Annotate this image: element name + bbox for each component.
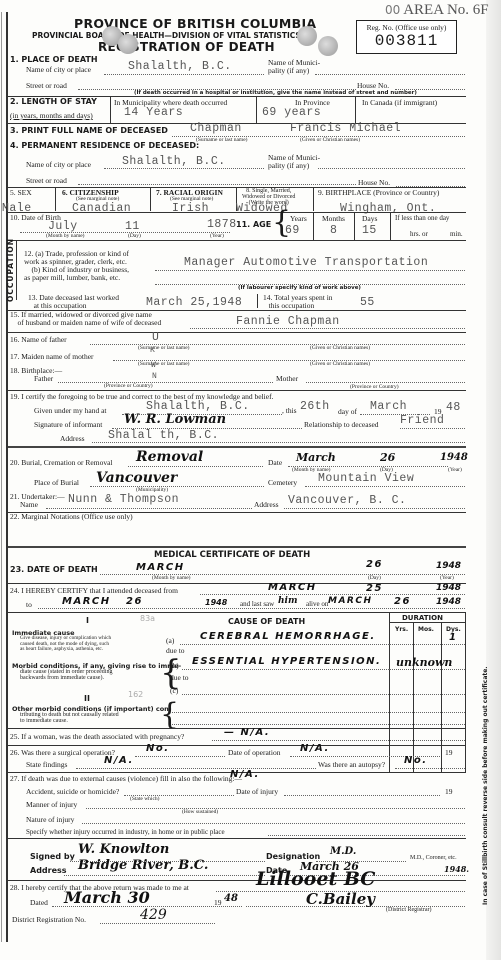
- dod-label: 23. DATE OF DEATH: [10, 565, 98, 574]
- s2-title: 2. LENGTH OF STAY: [10, 97, 97, 106]
- underline: [400, 428, 465, 429]
- alive-month: MARCH: [328, 596, 373, 606]
- external-causes-question: 27. If death was due to external causes …: [10, 774, 242, 783]
- dated-value: March 30: [64, 888, 150, 907]
- underline: [86, 808, 465, 809]
- s2-sub: (in years, months and days): [10, 111, 93, 120]
- cemetery-value: Mountain View: [318, 472, 414, 485]
- underline: [128, 466, 263, 467]
- underline: [64, 875, 265, 876]
- divider: [389, 622, 465, 623]
- divider: [256, 97, 257, 123]
- informant-signature: W. R. Lowman: [124, 412, 226, 427]
- underline: [395, 768, 465, 769]
- divider: [355, 97, 356, 123]
- underline: [212, 740, 465, 741]
- mother-given-label: (Given or Christian names): [310, 361, 370, 367]
- brace: {: [160, 700, 179, 730]
- dated-label: Dated: [30, 898, 48, 907]
- underline: [78, 184, 356, 185]
- burial-year-label: (Year): [448, 467, 462, 473]
- dod-day: 26: [366, 559, 383, 570]
- area-mark: 00: [385, 3, 400, 17]
- divider: [313, 187, 314, 211]
- divider: [55, 187, 56, 211]
- divider: [8, 240, 466, 241]
- other-conditions-desc: tributing to death but not causally rela…: [20, 712, 119, 724]
- divider: [8, 546, 466, 548]
- underline: [90, 486, 264, 487]
- autopsy-value: No.: [404, 755, 428, 766]
- age-years: 69: [285, 224, 300, 237]
- form-subtitle: PROVINCIAL BOARD OF HEALTH—DIVISION OF V…: [32, 31, 301, 40]
- punch-hole: [297, 26, 317, 46]
- underline: [200, 594, 465, 595]
- accident-label: Accident, suicide or homicide?: [26, 787, 119, 796]
- divider: [354, 212, 355, 240]
- birthplace-label: 9. BIRTHPLACE (Province or Country): [318, 188, 439, 197]
- s4-street-label: Street or road: [26, 176, 67, 185]
- burial-date-year: 1948: [440, 452, 468, 463]
- divider: [389, 612, 390, 772]
- yrs-label: Yrs.: [395, 626, 408, 633]
- dob-month-label: (Month by name): [46, 233, 85, 239]
- burial-date-month: March: [296, 451, 336, 464]
- specify-label: Specify whether injury occurred in indus…: [26, 828, 225, 836]
- stay-municipality: 14 Years: [124, 106, 183, 119]
- punch-hole: [318, 36, 338, 56]
- father-bp-label: Father: [34, 374, 53, 383]
- attended-from-day: 25: [366, 583, 383, 594]
- occupation-value: Manager Automotive Transportation: [184, 256, 428, 269]
- s1-title: 1. PLACE OF DEATH: [10, 55, 98, 64]
- manner-label: Manner of injury: [26, 800, 77, 809]
- pencil-note-162: 162: [128, 690, 143, 699]
- injury-date-label: Date of injury: [236, 787, 278, 796]
- divider: [8, 446, 466, 448]
- medical-certificate-title: MEDICAL CERTIFICATE OF DEATH: [154, 550, 310, 560]
- undertaker-name: Nunn & Thompson: [68, 493, 179, 506]
- underline: [305, 486, 465, 487]
- deceased-given-names: Francis Michael: [290, 122, 401, 135]
- cause-b-value: ESSENTIAL HYPERTENSION.: [192, 656, 381, 667]
- divider: [8, 390, 466, 391]
- signed-by-label: Signed by: [30, 852, 75, 861]
- year-prefix: 19: [445, 787, 453, 796]
- attended-to-day: 26: [126, 596, 143, 607]
- divider: [313, 212, 314, 240]
- underline: [172, 724, 465, 725]
- sex-label: 5. SEX: [10, 188, 32, 197]
- father-surname-label: (Surname or last name): [138, 345, 189, 351]
- physician-address-label: Address: [30, 866, 67, 875]
- underline: [180, 644, 389, 645]
- operation-date-label: Date of operation: [228, 748, 280, 757]
- divider: [110, 97, 111, 123]
- dayof-label: day of: [338, 407, 357, 416]
- findings-value: N/A.: [104, 755, 134, 766]
- undertaker-name-label: Name: [20, 500, 38, 509]
- state-which-label: (State which): [130, 796, 159, 802]
- district-reg-label: District Registration No.: [12, 915, 86, 924]
- divider: [8, 612, 466, 613]
- left-edge: [1, 12, 2, 942]
- s4-title: 4. PERMANENT RESIDENCE OF DECEASED:: [10, 141, 199, 150]
- underline: [284, 508, 465, 509]
- dod-month: MARCH: [136, 562, 185, 573]
- year-prefix: 19: [214, 898, 222, 907]
- underline: [104, 74, 264, 75]
- residence-city: Shalalth, B.C.: [122, 155, 226, 168]
- spouse-name: Fannie Chapman: [236, 315, 340, 328]
- age-years-label: Years: [290, 214, 307, 223]
- signature-year: 1948.: [444, 864, 469, 874]
- age-days: 15: [362, 224, 377, 237]
- mother-surname-label: (Surname or last name): [138, 361, 189, 367]
- due-to-label: due to: [170, 673, 189, 682]
- underline: [268, 835, 465, 836]
- designation-value: M.D.: [330, 846, 356, 857]
- s1-house-label: House No.: [357, 81, 389, 90]
- citizenship-value: Canadian: [72, 202, 131, 215]
- dob-year: 1878: [207, 218, 237, 231]
- underline: [92, 442, 465, 443]
- hrs-label: hrs. or: [410, 230, 428, 238]
- informant-address-label: Address: [60, 434, 85, 443]
- mother-name: K: [150, 346, 155, 355]
- burial-date-label: Date: [268, 458, 282, 467]
- underline: [306, 382, 465, 383]
- year-prefix: 19: [445, 748, 453, 757]
- place-of-burial-label: Place of Burial: [34, 478, 79, 487]
- given-hand-label: Given under my hand at: [34, 406, 106, 415]
- racial-origin-value: Irish: [172, 202, 209, 215]
- divider: [8, 212, 466, 213]
- divider: [390, 212, 391, 240]
- underline: [190, 328, 465, 329]
- underline: [76, 768, 316, 769]
- father-province-label: (Province or Country): [104, 383, 153, 389]
- physician-address: Bridge River, B.C.: [78, 858, 208, 873]
- underline: [182, 669, 389, 670]
- cause-a-label: (a): [166, 636, 174, 645]
- pregnancy-question: 25. If a woman, was the death associated…: [10, 732, 184, 741]
- registrar-label: (District Registrar): [386, 907, 432, 913]
- cause-c-label: (c): [170, 686, 178, 695]
- relationship-value: Friend: [400, 414, 444, 427]
- relationship-label: Relationship to deceased: [304, 420, 379, 429]
- s4-city-label: Name of city or place: [26, 160, 91, 169]
- less-than-day-label: If less than one day: [395, 214, 449, 222]
- last-worked-label: 13. Date deceased last worked at this oc…: [28, 294, 119, 310]
- nature-label: Nature of injury: [26, 815, 74, 824]
- underline: [135, 756, 225, 757]
- stillbirth-margin-note: In case of Stillbirth consult reverse si…: [482, 666, 489, 905]
- registration-place: Lillooet BC: [256, 868, 375, 890]
- divider: [8, 838, 466, 839]
- s15-label: 15. If married, widowed or divorced give…: [10, 311, 161, 327]
- divider: [465, 612, 466, 772]
- operation-date-value: N/A.: [300, 743, 330, 754]
- given-month: March: [370, 400, 407, 413]
- divider: [257, 294, 258, 308]
- last-saw-label: and last saw: [240, 600, 274, 608]
- given-day: 26th: [300, 400, 330, 413]
- divider: [16, 240, 17, 300]
- cause-b-label: (b): [170, 661, 179, 670]
- attended-from-year: 1948: [436, 583, 461, 593]
- s3-surname-label: (Surname or last name): [196, 137, 247, 143]
- burial-label: 20. Burial, Cremation or Removal: [10, 458, 112, 467]
- underline: [182, 694, 465, 695]
- last-saw-value: him: [278, 596, 298, 606]
- deceased-surname: Chapman: [190, 122, 242, 135]
- s4-house-label: House No.: [358, 178, 390, 187]
- father-label: 16. Name of father: [10, 335, 67, 344]
- duration-label: DURATION: [402, 614, 443, 622]
- mother-bp-label: Mother: [276, 374, 298, 383]
- district-reg-number: 429: [140, 907, 167, 923]
- attended-to-year: 1948: [205, 598, 227, 607]
- physician-signature: W. Knowlton: [78, 842, 169, 857]
- pencil-note-83a: 83a: [140, 614, 155, 623]
- alive-day: 26: [394, 596, 411, 607]
- morbid-conditions-desc: diate cause (stated in order proceedingb…: [20, 669, 112, 681]
- this-label: , this: [282, 406, 297, 415]
- alive-on-label: alive on: [306, 600, 328, 608]
- underline: [46, 508, 252, 509]
- underline: [284, 795, 440, 796]
- informant-sig-label: Signature of informant: [34, 420, 102, 429]
- cause-b-duration: unknown: [396, 656, 452, 669]
- s2-col3-label: In Canada (if immigrant): [362, 98, 437, 107]
- underline: [155, 270, 465, 271]
- s1-street-label: Street or road: [26, 81, 67, 90]
- cause-a-duration-days: 1: [449, 632, 457, 643]
- part-one-label: I: [86, 616, 89, 625]
- reg-number: 003811: [357, 32, 456, 50]
- how-sustained-label: (How sustained): [182, 809, 218, 815]
- cause-a-value: CEREBRAL HEMORRHAGE.: [200, 631, 376, 642]
- s3-title: 3. PRINT FULL NAME OF DECEASED: [10, 126, 168, 135]
- underline: [58, 382, 273, 383]
- s1-muni-label: Name of Munici-pality (if any): [268, 59, 320, 75]
- dod-year: 1948: [436, 561, 461, 571]
- registrar-signature: C.Bailey: [306, 890, 375, 908]
- cause-of-death-heading: CAUSE OF DEATH: [228, 617, 305, 626]
- place-of-death-city: Shalalth, B.C.: [128, 60, 232, 73]
- s3-given-label: (Given or Christian names): [300, 137, 360, 143]
- burial-value: Removal: [136, 449, 203, 465]
- burial-date-day: 26: [380, 451, 395, 464]
- underline: [389, 644, 465, 645]
- occupation-labels: 12. (a) Trade, profession or kind ofwork…: [24, 250, 129, 282]
- punch-hole: [118, 34, 138, 54]
- findings-label: State findings: [26, 760, 67, 769]
- last-worked-date: March 25,1948: [146, 296, 242, 309]
- surgery-answer: No.: [146, 743, 170, 754]
- father-name: U: [152, 331, 159, 344]
- unknown-mark: W: [151, 361, 156, 370]
- undertaker-address-label: Address: [254, 500, 279, 509]
- divider: [8, 745, 466, 746]
- total-years-value: 55: [360, 296, 375, 309]
- underline: [104, 168, 264, 169]
- total-years-label: 14. Total years spent in this occupation: [263, 294, 333, 310]
- dob-year-label: (Year): [210, 233, 224, 239]
- external-causes-answer: N/A.: [230, 769, 260, 780]
- underline: [318, 168, 465, 169]
- area-number: 00 AREA No. 6F: [385, 2, 489, 19]
- father-given-label: (Given or Christian names): [310, 345, 370, 351]
- age-label: 11. AGE: [236, 220, 271, 229]
- underline: [389, 669, 465, 670]
- dated-year: 48: [224, 893, 238, 904]
- area-label: AREA No. 6F: [403, 2, 488, 18]
- age-months-label: Months: [322, 214, 345, 223]
- immediate-cause-desc: Give disease, injury or complication whi…: [20, 636, 111, 653]
- age-days-label: Days: [362, 214, 377, 223]
- reg-label: Reg. No. (Office use only): [357, 23, 456, 32]
- marginal-notations-label: 22. Marginal Notations (Office use only): [10, 512, 133, 521]
- stay-province: 69 years: [262, 106, 321, 119]
- mother-label: 17. Maiden name of mother: [10, 352, 94, 361]
- dod-day-label: (Day): [368, 575, 381, 581]
- dod-year-label: (Year): [440, 575, 454, 581]
- undertaker-address: Vancouver, B. C.: [288, 494, 406, 507]
- registration-number-box: Reg. No. (Office use only) 003811: [356, 20, 457, 54]
- alive-year: 1948: [436, 597, 461, 607]
- dod-month-label: (Month by name): [152, 575, 191, 581]
- unknown-mark: N: [152, 372, 157, 381]
- autopsy-label: Was there an autopsy?: [318, 760, 385, 769]
- s4-muni-label: Name of Munici-pality (if any): [268, 154, 320, 170]
- underline: [172, 712, 465, 713]
- informant-address: Shalal th, B.C.: [108, 429, 219, 442]
- pregnancy-answer: — N/A.: [224, 727, 270, 738]
- underline: [38, 608, 465, 609]
- age-months: 8: [330, 224, 337, 237]
- labourer-note: (If labourer specify kind of work above): [238, 285, 361, 291]
- underline: [100, 923, 215, 924]
- cemetery-label: Cemetery: [268, 478, 297, 487]
- surgery-question: 26. Was there a surgical operation?: [10, 748, 115, 757]
- underline: [82, 823, 465, 824]
- md-note: M.D., Coroner, etc.: [410, 855, 457, 861]
- attended-from-month: MARCH: [268, 582, 317, 593]
- attended-to-month: MARCH: [62, 596, 111, 607]
- divider: [8, 332, 466, 333]
- occupation-side-label: OCCUPATION: [6, 238, 15, 302]
- left-border: [6, 12, 8, 942]
- s1-city-label: Name of city or place: [26, 65, 91, 74]
- part-two-label: II: [84, 694, 90, 703]
- min-label: min.: [450, 230, 463, 238]
- mos-label: Mos.: [418, 626, 434, 633]
- dob-day-label: (Day): [128, 233, 141, 239]
- attended-label: 24. I HEREBY CERTIFY that I attended dec…: [10, 586, 178, 595]
- underline: [315, 74, 465, 75]
- divider: [150, 187, 151, 211]
- divider: [8, 880, 466, 881]
- to-label: to: [26, 600, 32, 609]
- given-year: 48: [446, 401, 461, 414]
- place-of-burial-value: Vancouver: [96, 470, 177, 486]
- divider: [8, 583, 466, 584]
